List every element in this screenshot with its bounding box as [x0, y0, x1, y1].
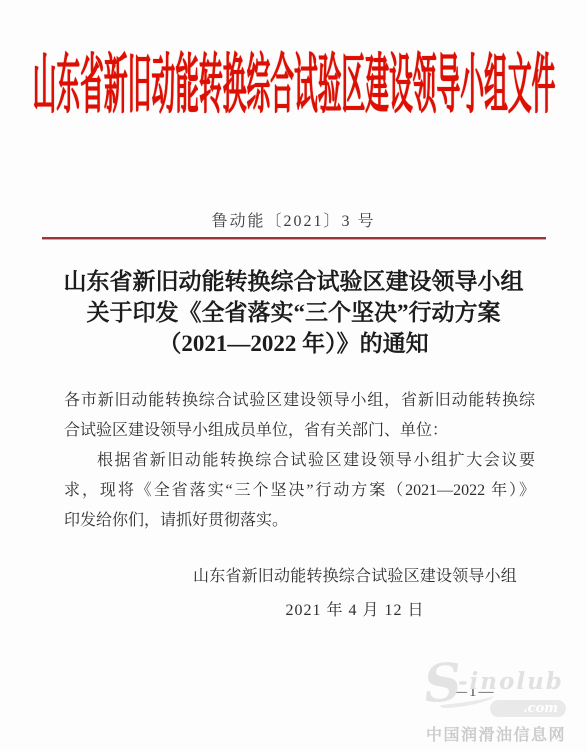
doc-number: 鲁动能〔2021〕3 号 [0, 210, 587, 234]
official-document-page: 山东省新旧动能转换综合试验区建设领导小组文件 鲁动能〔2021〕3 号 山东省新… [0, 0, 587, 751]
title-line-2: 关于印发《全省落实“三个坚决”行动方案 [0, 297, 587, 328]
body-line: 印发给你们，请抓好贯彻落实。 [64, 506, 535, 536]
signature-org: 山东省新旧动能转换综合试验区建设领导小组 [193, 565, 517, 589]
body-line: 根据省新旧动能转换综合试验区建设领导小组扩大会议要 [64, 446, 535, 476]
sinolub-watermark: S -inolub .com 中国润滑油信息网 [424, 662, 576, 748]
body-line: 合试验区建设领导小组成员单位，省有关部门、单位： [64, 416, 535, 446]
body-line: 各市新旧动能转换综合试验区建设领导小组，省新旧动能转换综 [64, 386, 535, 416]
page-number: —1— [452, 684, 496, 701]
signature-date: 2021 年 4 月 12 日 [193, 599, 517, 623]
title-line-1: 山东省新旧动能转换综合试验区建设领导小组 [0, 266, 587, 297]
red-header-banner-text: 山东省新旧动能转换综合试验区建设领导小组文件 [32, 53, 555, 118]
body-line: 求，现将《全省落实“三个坚决”行动方案（2021—2022 年）》 [64, 476, 535, 506]
watermark-domain-pill: .com [490, 700, 566, 717]
red-header-banner: 山东省新旧动能转换综合试验区建设领导小组文件 [0, 48, 587, 122]
document-title: 山东省新旧动能转换综合试验区建设领导小组 关于印发《全省落实“三个坚决”行动方案… [0, 266, 587, 359]
document-body: 各市新旧动能转换综合试验区建设领导小组，省新旧动能转换综 合试验区建设领导小组成… [64, 386, 535, 536]
watermark-site-name: 中国润滑油信息网 [426, 722, 566, 745]
signature-block: 山东省新旧动能转换综合试验区建设领导小组 2021 年 4 月 12 日 [193, 565, 517, 623]
title-line-3: （2021—2022 年）》的通知 [0, 328, 587, 359]
red-divider-line [42, 237, 546, 239]
